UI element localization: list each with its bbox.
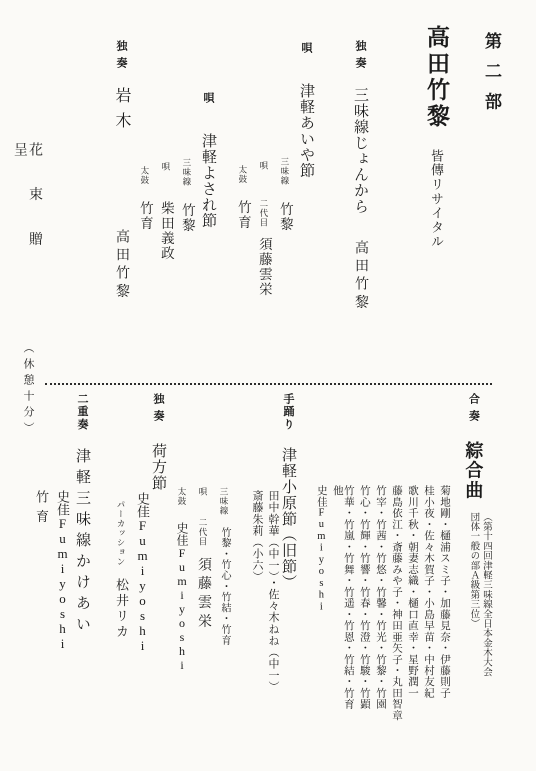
role-label: 太鼓 — [177, 487, 186, 506]
section-type-label: 独奏 — [353, 40, 365, 74]
generation-prefix: 二代目 — [259, 199, 268, 228]
performer-name: 史佳Fumiyoshi — [55, 490, 69, 651]
award-note-line2: 団体一般の部Ａ級第三位） — [468, 512, 478, 677]
song-column: 唄 津軽あいや節 — [298, 42, 314, 362]
program-item-duet: 二重奏 津軽三味線かけあい — [69, 393, 90, 663]
performer-column: 史佳Fumiyoshi — [54, 490, 70, 660]
performer-column: 竹育 — [33, 490, 49, 660]
role-label: 唄 — [259, 161, 268, 171]
duet-performers: 史佳Fumiyoshi 竹育 — [28, 490, 70, 660]
award-note-line1: （第十四回津軽三味線全日本金木大会 — [480, 512, 490, 677]
song-title: 津軽三味線かけあい — [74, 448, 90, 637]
song-column: 独奏 三味線じょんから 高田竹黎 — [352, 40, 368, 340]
song-title: 綜合曲 — [463, 441, 482, 500]
performer-column: 史佳Fumiyoshi — [134, 492, 150, 722]
dotted-divider — [45, 383, 492, 385]
song-title: 岩木 — [113, 87, 130, 137]
nikata-performers: 史佳Fumiyoshi パーカッション 松井リカ — [108, 492, 150, 722]
bouquet-presentation: 花束贈呈 — [6, 142, 42, 312]
section-type-label: 合奏 — [466, 393, 478, 427]
section-type-label: 独奏 — [151, 393, 163, 427]
song-column: 二重奏 津軽三味線かけあい — [74, 393, 90, 663]
program-item-aiya: 唄 津軽あいや節 三味線 竹黎 唄 二代目 須藤雲栄 太鼓 竹育 — [230, 42, 314, 362]
performer-name: 竹育 — [34, 490, 48, 529]
role-label: 唄 — [161, 162, 170, 172]
program-item-iwaki: 独奏 岩木 高田竹黎 — [108, 40, 130, 340]
member-column: 歌川千秋・朝妻志織・樋口直幸・星野潤一 — [407, 485, 418, 725]
role-column-uta: 唄 柴田義政 — [158, 92, 174, 372]
ensemble-members-list: 菊地剛・樋浦スミ子・加藤見奈・伊藤則子桂小夜・佐々木賀子・小島早苗・中村友紀歌川… — [311, 485, 450, 725]
role-column-shamisen: 三味線 竹黎・竹心・竹結・竹育 — [216, 487, 232, 727]
song-column: 合奏 綜合曲 （第十四回津軽三味線全日本金木大会 団体一般の部Ａ級第三位） — [463, 393, 490, 693]
performer-name: 柴田義政 — [158, 201, 173, 261]
recital-subtitle: 皆傳リサイタル — [429, 149, 443, 249]
member-column: 竹宰・竹茜・竹悠・竹馨・竹光・竹黎・竹園 — [375, 485, 386, 725]
recital-header: 高田竹黎 皆傳リサイタル — [418, 25, 448, 275]
role-label: 三味線 — [219, 487, 228, 516]
member-column: 竹心・竹輝・竹響・竹春・竹澄・竹駿・竹顕 — [359, 485, 370, 725]
role-label: 三味線 — [182, 158, 191, 187]
performer-name: 須藤雲栄 — [196, 557, 211, 633]
role-label: 三味線 — [280, 157, 289, 186]
teodori-dancers: 田中幹華（中一）・佐々木ねね（中一） 斎藤朱莉（小六） — [246, 490, 278, 710]
program-item-gassou: 合奏 綜合曲 （第十四回津軽三味線全日本金木大会 団体一般の部Ａ級第三位） — [458, 393, 490, 693]
member-column: 菊地剛・樋浦スミ子・加藤見奈・伊藤則子 — [439, 485, 450, 725]
role-column-uta: 唄 二代目 須藤雲栄 — [195, 487, 211, 727]
role-column-shamisen: 三味線 竹黎 — [277, 42, 293, 362]
section-type-label: 唄 — [201, 92, 213, 103]
program-item-jonkara: 独奏 三味線じょんから 高田竹黎 — [347, 40, 368, 340]
performer-name: 竹育 — [137, 201, 152, 231]
dancer-names-line2: 斎藤朱莉（小六） — [251, 490, 262, 710]
role-label: 唄 — [198, 487, 207, 497]
section-type-label: 独奏 — [114, 40, 126, 74]
intermission-note: （休憩十分） — [21, 342, 33, 438]
role-column-shamisen: 三味線 竹黎 — [179, 92, 195, 372]
song-title: 津軽小原節（旧節） — [280, 447, 296, 590]
part-label: 第二部 — [482, 32, 500, 123]
performer-name: 竹育 — [235, 200, 250, 230]
role-column-taiko: 太鼓 史佳Fumiyoshi — [174, 487, 190, 727]
section-type-label: 手踊り — [281, 393, 293, 431]
teodori-roles: 三味線 竹黎・竹心・竹結・竹育 唄 二代目 須藤雲栄 太鼓 史佳Fumiyosh… — [169, 487, 232, 727]
award-note: （第十四回津軽三味線全日本金木大会 団体一般の部Ａ級第三位） — [465, 512, 490, 677]
role-label: 太鼓 — [140, 166, 149, 185]
performer-name: 史佳Fumiyoshi — [135, 492, 149, 653]
role-column-taiko: 太鼓 竹育 — [137, 92, 153, 372]
program-item-yosare: 唄 津軽よされ節 三味線 竹黎 唄 柴田義政 太鼓 竹育 — [132, 92, 216, 372]
dancer-names-line1: 田中幹華（中一）・佐々木ねね（中一） — [267, 490, 278, 710]
song-column: 手踊り 津軽小原節（旧節） — [280, 393, 296, 603]
member-column: 桂小夜・佐々木賀子・小島早苗・中村友紀 — [423, 485, 434, 725]
recital-artist: 高田竹黎 — [423, 25, 448, 130]
role-column-taiko: 太鼓 竹育 — [235, 42, 251, 362]
song-column: 唄 津軽よされ節 — [200, 92, 216, 372]
role-column-percussion: パーカッション 松井リカ — [113, 492, 129, 722]
role-label: 太鼓 — [238, 165, 247, 184]
song-column: 独奏 岩木 高田竹黎 — [113, 40, 130, 340]
generation-prefix: 二代目 — [198, 518, 207, 547]
song-column: 独奏 荷方節 — [150, 393, 166, 553]
song-title: 津軽あいや節 — [298, 83, 314, 178]
role-label: パーカッション — [116, 500, 125, 567]
bouquet-text: 花束贈呈 — [12, 142, 42, 312]
part-header-column: 第二部 — [482, 32, 500, 152]
member-column: 藤島依江・斎藤みや子・神田亜矢子・丸田智章 — [391, 485, 402, 725]
song-title: 津軽よされ節 — [200, 133, 216, 228]
member-column: 竹華・竹嵐・竹舞・竹遥・竹恩・竹結・竹育 他 — [332, 485, 354, 725]
program-page: 第二部 高田竹黎 皆傳リサイタル 独奏 三味線じょんから 高田竹黎 唄 津軽あい… — [0, 0, 536, 771]
performer-name: 史佳Fumiyoshi — [175, 522, 188, 672]
member-column: 史佳Fumiyoshi — [316, 485, 327, 725]
section-type-label: 二重奏 — [75, 393, 87, 431]
recital-header-column: 高田竹黎 皆傳リサイタル — [423, 25, 448, 275]
intermission-note-wrap: （休憩十分） — [15, 342, 36, 472]
performer-name: 竹黎・竹心・竹結・竹育 — [218, 527, 229, 646]
performer-name: 高田竹黎 — [114, 229, 129, 302]
performer-name: 竹黎 — [179, 203, 194, 233]
part-header: 第二部 — [477, 32, 500, 152]
section-type-label: 唄 — [299, 42, 311, 53]
performer-name: 高田竹黎 — [353, 240, 368, 313]
song-title: 三味線じょんから — [352, 87, 368, 214]
song-title: 荷方節 — [150, 443, 166, 491]
role-column-uta: 唄 二代目 須藤雲栄 — [256, 42, 272, 362]
performer-name: 須藤雲栄 — [256, 237, 271, 297]
performer-name: 松井リカ — [114, 578, 128, 640]
intermission-column: （休憩十分） — [20, 342, 36, 472]
performer-name: 竹黎 — [277, 202, 292, 232]
bouquet-column: 花束贈呈 — [11, 142, 42, 312]
